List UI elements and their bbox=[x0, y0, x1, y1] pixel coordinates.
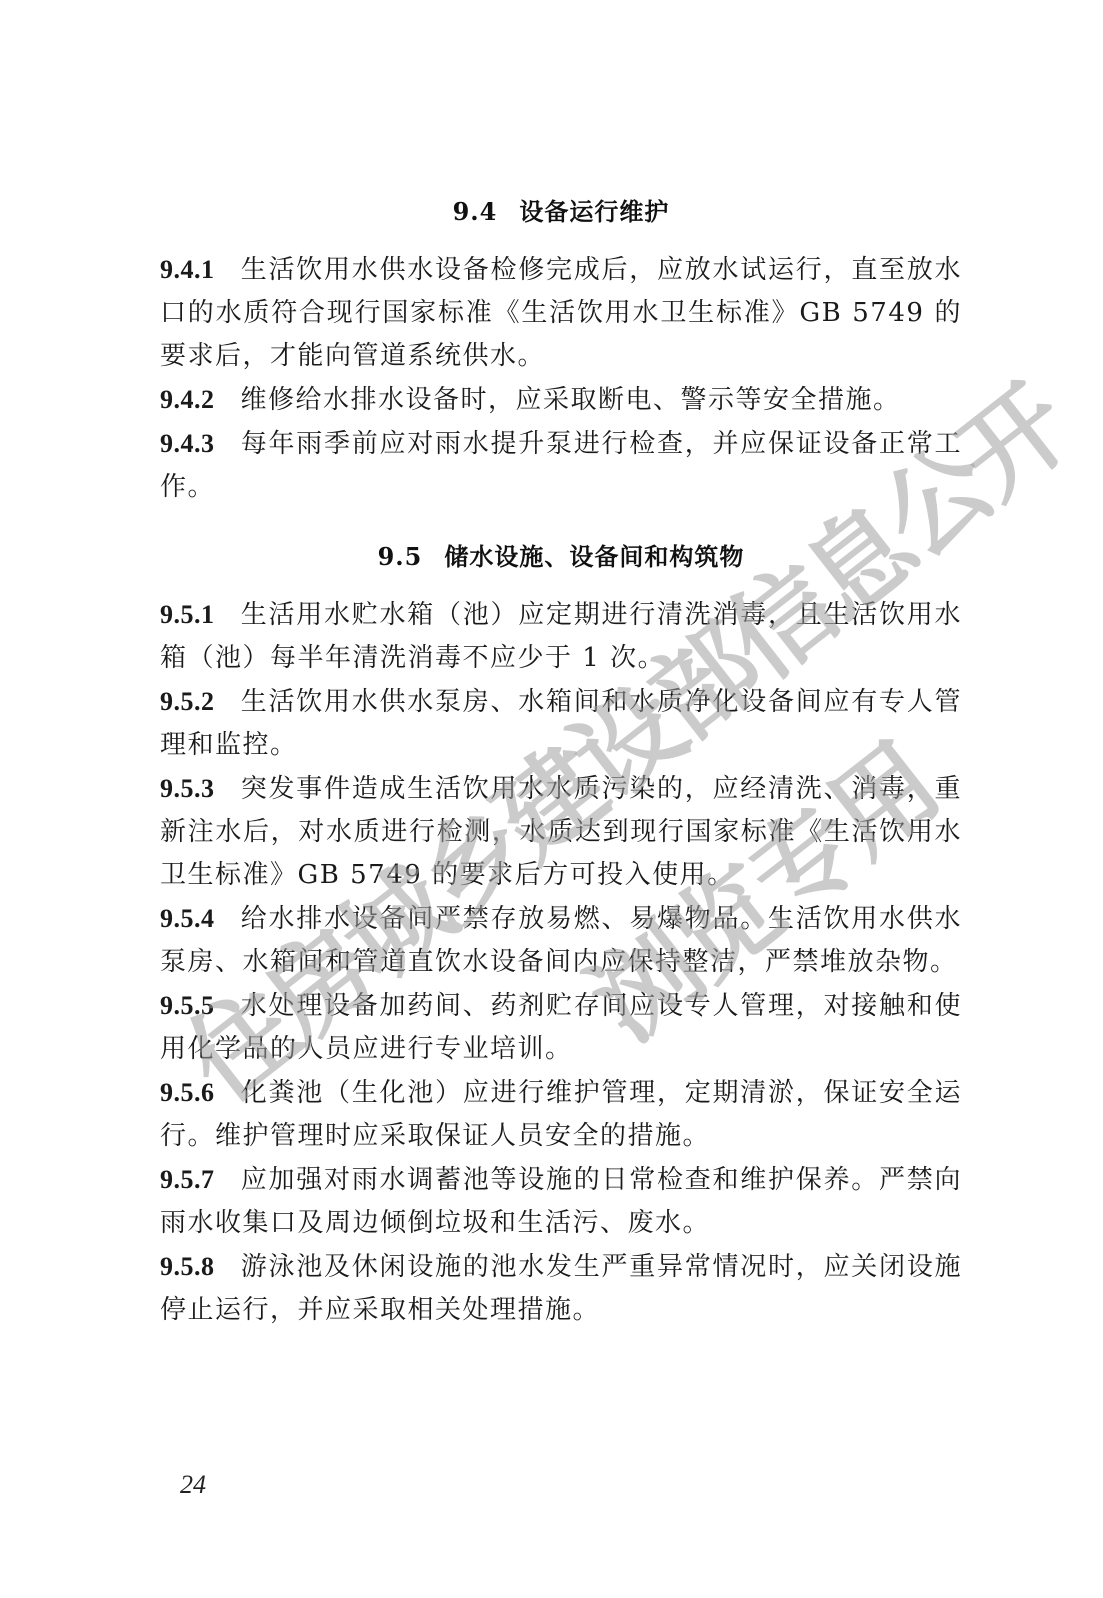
clause-number: 9.5.2 bbox=[160, 687, 215, 716]
document-page: 9.4设备运行维护 9.4.1生活饮用水供水设备检修完成后，应放水试运行，直至放… bbox=[0, 0, 1103, 1598]
page-content: 9.4设备运行维护 9.4.1生活饮用水供水设备检修完成后，应放水试运行，直至放… bbox=[160, 190, 962, 1332]
clause-9-5-6: 9.5.6化粪池（生化池）应进行维护管理，定期清淤，保证安全运行。维护管理时应采… bbox=[160, 1071, 962, 1158]
section-title: 设备运行维护 bbox=[519, 198, 669, 226]
clause-number: 9.5.6 bbox=[160, 1078, 215, 1107]
clause-number: 9.5.8 bbox=[160, 1252, 215, 1281]
clause-text: 维修给水排水设备时，应采取断电、警示等安全措施。 bbox=[241, 385, 901, 415]
section-title: 储水设施、设备间和构筑物 bbox=[444, 543, 744, 571]
page-number: 24 bbox=[180, 1470, 206, 1500]
clause-number: 9.4.3 bbox=[160, 429, 215, 458]
section-number: 9.4 bbox=[453, 197, 498, 226]
clause-9-5-7: 9.5.7应加强对雨水调蓄池等设施的日常检查和维护保养。严禁向雨水收集口及周边倾… bbox=[160, 1158, 962, 1245]
clause-9-5-3: 9.5.3突发事件造成生活饮用水水质污染的，应经清洗、消毒，重新注水后，对水质进… bbox=[160, 767, 962, 897]
section-number: 9.5 bbox=[378, 542, 423, 571]
clause-text: 给水排水设备间严禁存放易燃、易爆物品。生活饮用水供水泵房、水箱间和管道直饮水设备… bbox=[160, 904, 962, 977]
clause-text: 水处理设备加药间、药剂贮存间应设专人管理，对接触和使用化学品的人员应进行专业培训… bbox=[160, 991, 962, 1064]
clause-number: 9.5.3 bbox=[160, 774, 215, 803]
clause-text: 生活饮用水供水泵房、水箱间和水质净化设备间应有专人管理和监控。 bbox=[160, 687, 962, 760]
clause-text: 每年雨季前应对雨水提升泵进行检查，并应保证设备正常工作。 bbox=[160, 429, 962, 502]
clause-number: 9.5.4 bbox=[160, 904, 215, 933]
clause-text: 生活用水贮水箱（池）应定期进行清洗消毒，且生活饮用水箱（池）每半年清洗消毒不应少… bbox=[160, 600, 962, 673]
section-heading-9-5: 9.5储水设施、设备间和构筑物 bbox=[160, 535, 962, 579]
clause-text: 游泳池及休闲设施的池水发生严重异常情况时，应关闭设施停止运行，并应采取相关处理措… bbox=[160, 1252, 962, 1325]
clause-9-5-1: 9.5.1生活用水贮水箱（池）应定期进行清洗消毒，且生活饮用水箱（池）每半年清洗… bbox=[160, 593, 962, 680]
clause-9-5-5: 9.5.5水处理设备加药间、药剂贮存间应设专人管理，对接触和使用化学品的人员应进… bbox=[160, 984, 962, 1071]
section-heading-9-4: 9.4设备运行维护 bbox=[160, 190, 962, 234]
clause-number: 9.5.7 bbox=[160, 1165, 215, 1194]
clause-9-5-8: 9.5.8游泳池及休闲设施的池水发生严重异常情况时，应关闭设施停止运行，并应采取… bbox=[160, 1245, 962, 1332]
clause-9-4-1: 9.4.1生活饮用水供水设备检修完成后，应放水试运行，直至放水口的水质符合现行国… bbox=[160, 248, 962, 378]
clause-text: 突发事件造成生活饮用水水质污染的，应经清洗、消毒，重新注水后，对水质进行检测，水… bbox=[160, 774, 962, 890]
clause-text: 化粪池（生化池）应进行维护管理，定期清淤，保证安全运行。维护管理时应采取保证人员… bbox=[160, 1078, 962, 1151]
clause-9-5-2: 9.5.2生活饮用水供水泵房、水箱间和水质净化设备间应有专人管理和监控。 bbox=[160, 680, 962, 767]
clause-text: 应加强对雨水调蓄池等设施的日常检查和维护保养。严禁向雨水收集口及周边倾倒垃圾和生… bbox=[160, 1165, 962, 1238]
clause-number: 9.4.1 bbox=[160, 255, 215, 284]
clause-9-4-2: 9.4.2维修给水排水设备时，应采取断电、警示等安全措施。 bbox=[160, 378, 962, 422]
clause-9-4-3: 9.4.3每年雨季前应对雨水提升泵进行检查，并应保证设备正常工作。 bbox=[160, 422, 962, 509]
clause-number: 9.5.1 bbox=[160, 600, 215, 629]
clause-number: 9.5.5 bbox=[160, 991, 215, 1020]
clause-9-5-4: 9.5.4给水排水设备间严禁存放易燃、易爆物品。生活饮用水供水泵房、水箱间和管道… bbox=[160, 897, 962, 984]
clause-number: 9.4.2 bbox=[160, 385, 215, 414]
clause-text: 生活饮用水供水设备检修完成后，应放水试运行，直至放水口的水质符合现行国家标准《生… bbox=[160, 255, 962, 371]
